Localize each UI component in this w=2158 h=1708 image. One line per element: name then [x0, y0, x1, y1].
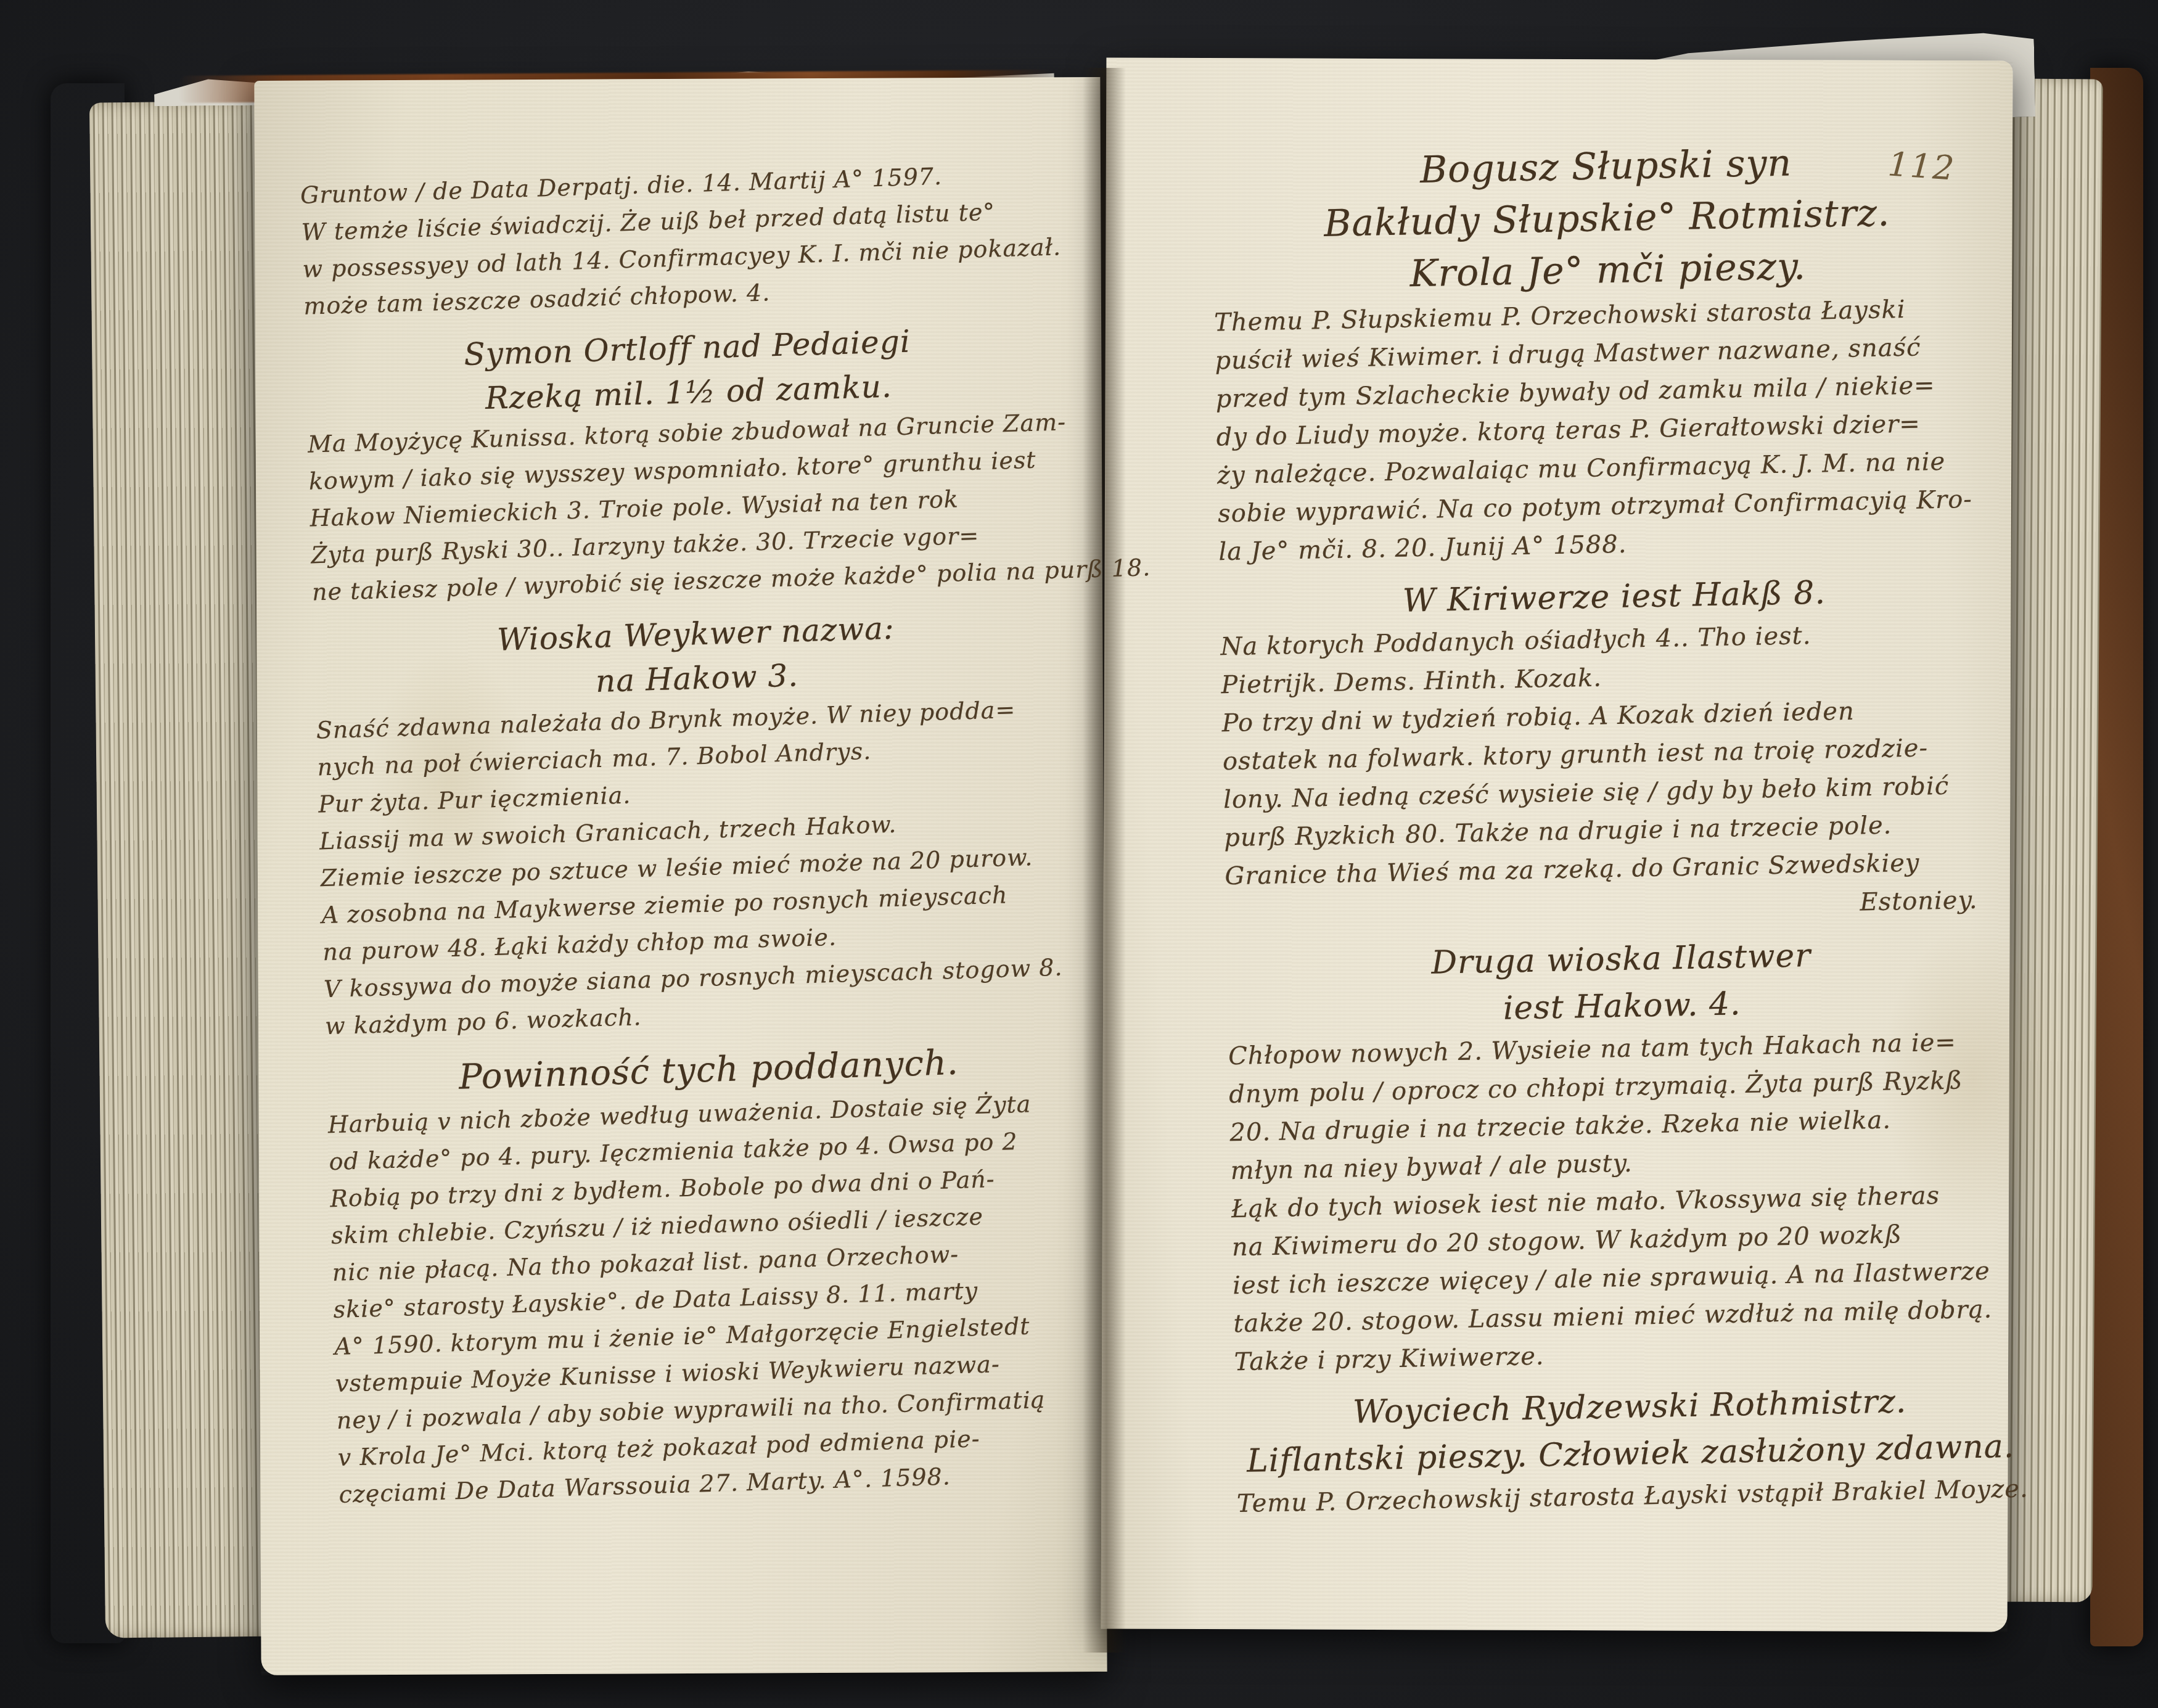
section-wioska-weykwer-body: Snaść zdawna należała do Brynk moyże. W …: [316, 689, 1089, 1045]
photo-background: lu il2 i ch l. Gru il. 8 112 Gruntow / d…: [0, 0, 2158, 1708]
section-bogusz-slupski-body: Themu P. Słupskiemu P. Orzechowski staro…: [1214, 289, 2008, 571]
section-kiriwerze-body: Na ktorych Poddanych ośiadłych 4.. Tho i…: [1220, 613, 2014, 895]
section-powinnosc-body: Harbuią v nich zboże według uważenia. Do…: [327, 1083, 1104, 1513]
section-symon-ortloff-body: Ma Moyżycę Kunissa. ktorą sobie zbudował…: [307, 403, 1077, 611]
section-rydzewski-heading: Woyciech Rydzewski Rothmistrz.Liflantski…: [1235, 1376, 2026, 1485]
section-grunty-body: Gruntow / de Data Derpatj. die. 14. Mart…: [300, 154, 1069, 325]
left-page-text: Gruntow / de Data Derpatj. die. 14. Mart…: [300, 154, 1104, 1513]
section-bogusz-slupski-heading: Bogusz Słupski synBakłudy Słupskie° Rotm…: [1211, 133, 2003, 304]
right-page-text: Bogusz Słupski synBakłudy Słupskie° Rotm…: [1211, 123, 2027, 1523]
section-druga-wioska-heading: Druga wioska Ilastweriest Hakow. 4.: [1226, 929, 2017, 1038]
section-druga-wioska-body: Chłopow nowych 2. Wysieie na tam tych Ha…: [1228, 1022, 2024, 1381]
